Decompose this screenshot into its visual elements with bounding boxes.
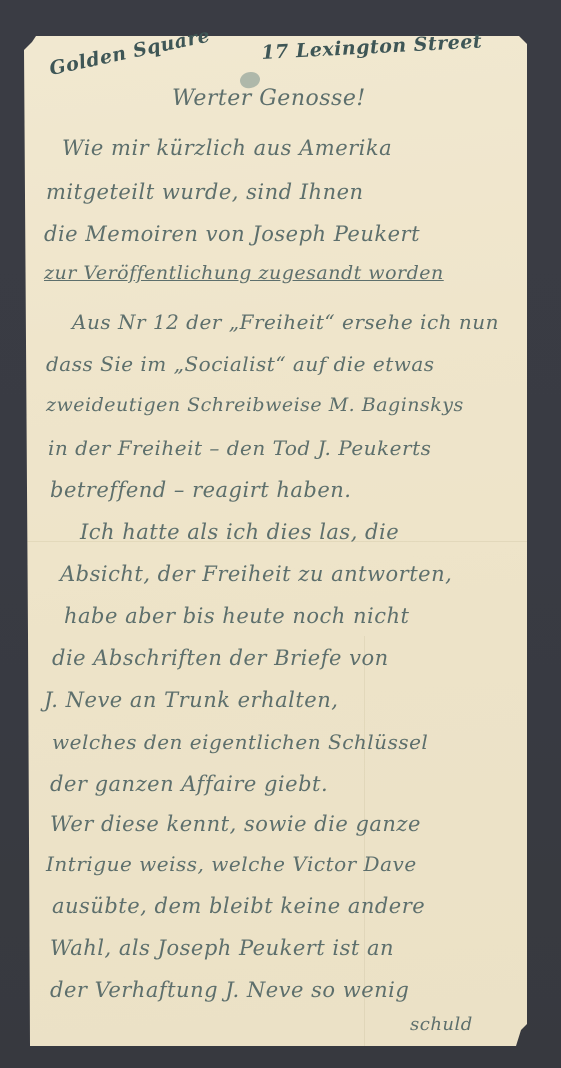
letter-line-1: Wie mir kürzlich aus Amerika (62, 136, 392, 160)
letter-line-7: zweideutigen Schreibweise M. Baginskys (46, 394, 464, 416)
letter-line-4: zur Veröffentlichung zugesandt worden (44, 262, 444, 284)
letter-line-13: die Abschriften der Briefe von (52, 646, 389, 670)
letter-line-3: die Memoiren von Joseph Peukert (44, 222, 420, 246)
letter-line-5: Aus Nr 12 der „Freiheit“ ersehe ich nun (72, 310, 499, 334)
letter-line-6: dass Sie im „Socialist“ auf die etwas (46, 352, 435, 376)
letter-line-9: betreffend – reagirt haben. (50, 478, 351, 502)
letter-line-2: mitgeteilt wurde, sind Ihnen (46, 180, 364, 204)
letter-line-12: habe aber bis heute noch nicht (64, 604, 409, 628)
letter-line-15: welches den eigentlichen Schlüssel (52, 730, 428, 754)
letter-line-17: Wer diese kennt, sowie die ganze (50, 812, 421, 836)
salutation: Werter Genosse! (172, 86, 366, 111)
letter-line-14: J. Neve an Trunk erhalten, (44, 688, 338, 712)
letter-line-10: Ich hatte als ich dies las, die (80, 520, 399, 544)
letter-line-20: Wahl, als Joseph Peukert ist an (50, 936, 394, 960)
catchword: schuld (410, 1014, 473, 1035)
letter-line-19: ausübte, dem bleibt keine andere (52, 894, 425, 918)
letter-line-11: Absicht, der Freiheit zu antworten, (60, 562, 452, 586)
letter-line-8: in der Freiheit – den Tod J. Peukerts (48, 436, 431, 460)
letter-line-18: Intrigue weiss, welche Victor Dave (46, 852, 417, 876)
letter-line-16: der ganzen Affaire giebt. (50, 772, 328, 796)
letter-line-21: der Verhaftung J. Neve so wenig (50, 978, 409, 1002)
